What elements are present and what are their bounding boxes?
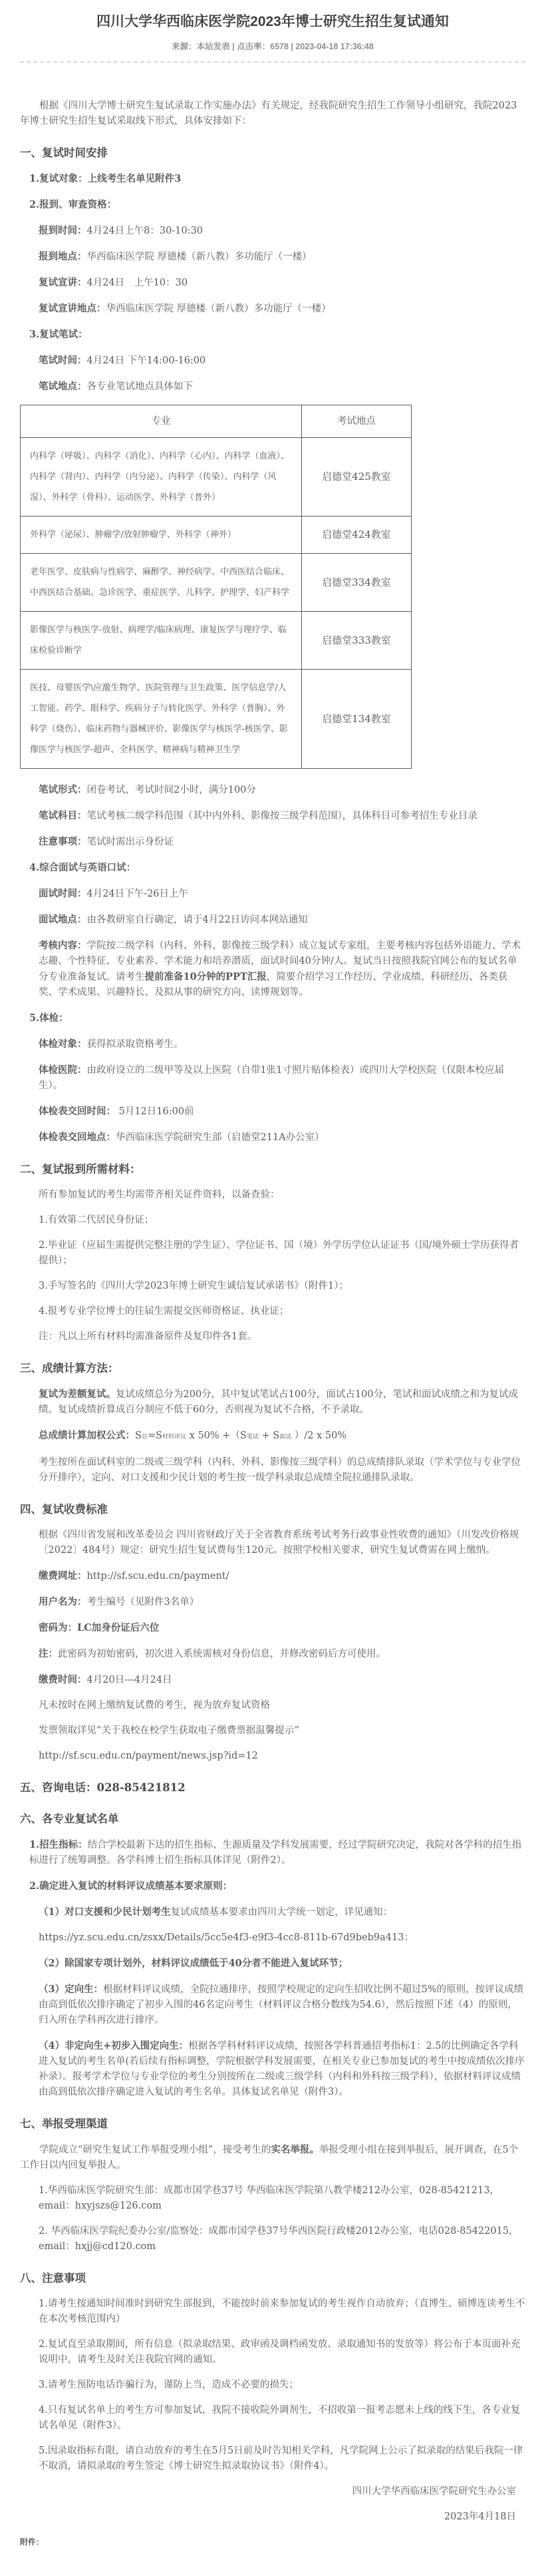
text-run: 四、复试收费标准 xyxy=(20,1503,108,1516)
text-run: （4）非定向生+初步入围定向生： xyxy=(39,2040,188,2051)
notice-page: 四川大学华西临床医学院2023年博士研究生招生复试通知 来源：本站发表 | 点击… xyxy=(0,0,540,2576)
text-run: 复试成绩基本要求由四川大学统一划定，详见通知： xyxy=(171,1907,393,1918)
doc-paragraph: 笔试地点：各专业笔试地点具体如下 xyxy=(20,379,525,395)
doc-paragraph: 1.复试对象：上线考生名单见附件3 xyxy=(20,171,525,187)
text-run: 5.体检： xyxy=(29,1012,68,1024)
text-run: 笔试时间： xyxy=(39,355,87,366)
doc-paragraph: （1）对口支援和少民计划考生复试成绩基本要求由四川大学统一划定，详见通知： xyxy=(20,1904,525,1920)
text-run: ； xyxy=(404,1932,414,1943)
doc-paragraph: 凡未按时在网上缴纳复试费的考生，视为放弃复试资格 xyxy=(20,1698,525,1713)
doc-paragraph: （3）定向生：根据材料评议成绩，全院拉通排序，按照学校规定的定向生招收比例不超过… xyxy=(20,1982,525,2028)
doc-paragraph: 1.请考生按通知时间准时到研究生部报到，不能按时前来参加复试的考生视作自动放弃；… xyxy=(20,2296,525,2327)
doc-paragraph: https://yz.scu.edu.cn/zsxx/Details/5cc5e… xyxy=(20,1930,525,1946)
text-run: http://sf.scu.edu.cn/payment/news.jsp?id… xyxy=(39,1751,258,1761)
text-run: 华西临床医学院研究生部（启德堂211A办公室） xyxy=(116,1132,325,1143)
text-run: 考核内容： xyxy=(39,940,87,951)
text-run: 4.只有复试名单上的考生方可参加复试，我院不接收院外调剂生，不招收第一报考志愿未… xyxy=(39,2405,520,2431)
text-run: 由各教研室自行确定，请于4月22日访问本网站通知 xyxy=(87,915,308,925)
doc-paragraph: 根据《四川大学博士研究生复试录取工作实施办法》有关规定，经我院研究生招生工作领导… xyxy=(20,99,525,129)
table-row: 医技、母婴医学\应激生物学、医院管理与卫生政策、医学信息学/人工智能、药学、眼科… xyxy=(21,670,412,769)
doc-paragraph: 发票领取详见“关于我校在校学生获取电子缴费票据温馨提示” xyxy=(20,1723,525,1739)
text-run: 4月24日 上午10：30 xyxy=(87,278,188,288)
text-run: 2. 华西临床医学院纪委办公室/监察处：成都市国学巷37号华西医院行政楼2012… xyxy=(39,2226,519,2252)
doc-paragraph: 2.报到、审查资格： xyxy=(20,197,525,213)
text-run: 1.招生指标： xyxy=(29,1839,88,1850)
table-row: 内科学（呼吸）、内科学（消化）、内科学（心内）、内科学（血液）、内科学（肾内）、… xyxy=(21,438,412,517)
exam-location-table: 专业考试地点内科学（呼吸）、内科学（消化）、内科学（心内）、内科学（血液）、内科… xyxy=(20,405,412,769)
text-run: 3.请考生预防电话诈骗行为，谨防上当，造成不必要的损失； xyxy=(39,2380,299,2390)
text-run: 材料评议 xyxy=(162,1434,186,1440)
text-run: 华西临床医学院 厚德楼（新八教）多功能厅（一楼） xyxy=(87,252,312,262)
text-run: 笔试科目： xyxy=(39,810,87,821)
doc-paragraph: 5.体检： xyxy=(20,1010,525,1026)
doc-paragraph: 2.复试直至录取期间，所有信息（拟录取结果、政审函及调档函发放、录取通知书的发放… xyxy=(20,2337,525,2368)
text-run: 闭卷考试，考试时间2小时，满分100分 xyxy=(87,785,256,795)
text-run: 八、注意事项 xyxy=(20,2272,86,2284)
text-run: https://yz.scu.edu.cn/zsxx/Details/5cc5e… xyxy=(39,1932,404,1943)
doc-paragraph: 1.招生指标：结合学校最新下达的招生指标、生源质量及学科发展需要，经过学院研究决… xyxy=(20,1837,525,1868)
text-run: 注：凡以上所有材料均需准备原件及复印件各1套。 xyxy=(39,1331,257,1342)
text-run: 提前准备10分钟的PPT汇报 xyxy=(145,971,267,982)
text-run: http://sf.scu.edu.cn/payment/ xyxy=(87,1571,229,1582)
doc-paragraph: 体检对象：获得拟录取资格考生。 xyxy=(20,1036,525,1052)
text-run: 注意事项： xyxy=(39,836,87,847)
exam-room-cell: 启德堂425教室 xyxy=(302,438,412,517)
text-run: 2.报到、审查资格： xyxy=(29,199,116,210)
text-run: 2.毕业证（应届生需提供完整注册的学生证）、学位证书、国（境）外学历学位认证证书… xyxy=(39,1240,519,1266)
text-run: 报到地点： xyxy=(39,251,87,262)
text-run: 面试 xyxy=(279,1434,291,1440)
text-run: 发票领取详见“关于我校在校学生获取电子缴费票据温馨提示” xyxy=(39,1725,299,1736)
text-run: 实名举报。 xyxy=(271,2144,319,2155)
table-row: 老年医学、皮肤病与性病学、麻醉学、神经病学、中西医结合临床、中西医结合基础、急诊… xyxy=(21,554,412,612)
doc-paragraph: 3.复试笔试： xyxy=(20,327,525,343)
doc-paragraph: 1.有效第二代居民身份证； xyxy=(20,1213,525,1228)
text-run: 1.复试对象：上线考生名单见附件3 xyxy=(29,173,181,184)
doc-paragraph: 4.综合面试与英语口试： xyxy=(20,860,525,876)
text-run: 根据《四川大学博士研究生复试录取工作实施办法》有关规定，经我院研究生招生工作领导… xyxy=(20,101,517,126)
doc-paragraph: 总成绩计算加权公式：S总=S材料评议 x 50% +（S笔试 + S面试 ）/2… xyxy=(20,1428,525,1445)
doc-paragraph: 学院成立“研究生复试工作举报受理小组”，接受考生的实名举报。举报受理小组在接到举… xyxy=(20,2142,525,2173)
text-run: 笔试考核二级学科范围（其中内外科、影像按三级学科范围），具体科目可参考招生专业目… xyxy=(87,811,477,821)
text-run: 4月24日上午8：30-10:30 xyxy=(87,226,203,236)
text-run: ）/2 x 50% xyxy=(291,1430,346,1441)
doc-paragraph: 报到时间：4月24日上午8：30-10:30 xyxy=(20,223,525,239)
document-body: 根据《四川大学博士研究生复试录取工作实施办法》有关规定，经我院研究生招生工作领导… xyxy=(20,63,525,2550)
exam-room-cell: 启德堂334教室 xyxy=(302,554,412,612)
text-run: 笔试形式： xyxy=(39,784,87,795)
section-heading: 三、成绩计算方法： xyxy=(20,1361,525,1376)
table-header-row: 专业考试地点 xyxy=(21,405,412,438)
exam-room-cell: 启德堂333教室 xyxy=(302,612,412,670)
doc-paragraph: 用户名为：考生编号（见附件3名单） xyxy=(20,1594,525,1610)
text-run: 学院成立“研究生复试工作举报受理小组”，接受考生的 xyxy=(39,2145,271,2155)
section-heading: 一、复试时间安排 xyxy=(20,145,525,160)
text-run: 密码为：LC加身份证后六位 xyxy=(39,1622,159,1633)
text-run: 4月24日 下午14:00-16:00 xyxy=(87,355,206,366)
section-heading: 二、复试报到所需材料： xyxy=(20,1162,525,1177)
doc-paragraph: 2.毕业证（应届生需提供完整注册的学生证）、学位证书、国（境）外学历学位认证证书… xyxy=(20,1238,525,1269)
text-run: 2.确定进入复试的材料评议成绩基本要求原则： xyxy=(29,1880,232,1892)
text-run: （1）对口支援和少民计划考生 xyxy=(39,1906,171,1918)
text-run: 此密码为初始密码，初次进入系统需核对身份信息，并修改密码后方可使用。 xyxy=(58,1649,386,1659)
text-run: 面试地点： xyxy=(39,914,87,925)
text-run: 3.手写签名的《四川大学2023年博士研究生诚信复试承诺书》（附件1）； xyxy=(39,1281,348,1291)
text-run: 复试宣讲地点： xyxy=(39,303,106,314)
table-header-cell: 专业 xyxy=(21,405,302,438)
doc-paragraph: 密码为：LC加身份证后六位 xyxy=(20,1620,525,1636)
doc-paragraph: 面试时间：4月24日下午-26日上午 xyxy=(20,886,525,902)
text-run: 2.复试直至录取期间，所有信息（拟录取结果、政审函及调档函发放、录取通知书的发放… xyxy=(39,2339,520,2365)
doc-paragraph: 报到地点：华西临床医学院 厚德楼（新八教）多功能厅（一楼） xyxy=(20,249,525,265)
text-run: 一、复试时间安排 xyxy=(20,146,108,159)
doc-paragraph: 考核内容：学院按二级学科（内科、外科、影像按三级学科）成立复试专家组，主要考核内… xyxy=(20,938,525,1000)
exam-room-cell: 启德堂134教室 xyxy=(302,670,412,769)
text-run: 笔试 xyxy=(247,1434,259,1440)
section-heading: 七、举报受理渠道 xyxy=(20,2116,525,2131)
section-heading: 四、复试收费标准 xyxy=(20,1502,525,1517)
text-run: 体检对象： xyxy=(39,1038,87,1050)
text-run: 总成绩计算加权公式： xyxy=(39,1430,135,1441)
text-run: + S xyxy=(259,1430,279,1441)
source-meta-line: 来源：本站发表 | 点击率：6578 | 2023-04-18 17:36:48 xyxy=(20,40,525,52)
text-run: 所有参加复试的考生均需带齐相关证件资料，以备查验： xyxy=(39,1189,280,1200)
text-run: 七、举报受理渠道 xyxy=(20,2117,108,2130)
doc-paragraph: 面试地点：由各教研室自行确定，请于4月22日访问本网站通知 xyxy=(20,912,525,928)
text-run: 笔试时需出示身份证 xyxy=(87,837,174,847)
doc-paragraph: 体检医院：由政府设立的二级甲等及以上医院（自带1张1寸照片贴体检表）或四川大学校… xyxy=(20,1062,525,1094)
doc-paragraph: 注意事项：笔试时需出示身份证 xyxy=(20,834,525,850)
doc-paragraph: 所有参加复试的考生均需带齐相关证件资料，以备查验： xyxy=(20,1187,525,1203)
doc-paragraph: 1.华西临床医学院研究生部：成都市国学巷37号 华西临床医学院第八教学楼212办… xyxy=(20,2183,525,2214)
text-run: 5月12日16:00前 xyxy=(116,1106,194,1117)
doc-paragraph: 体检表交回地点：华西临床医学院研究生部（启德堂211A办公室） xyxy=(20,1130,525,1146)
doc-paragraph: 5.因录取指标有限，请自动放弃的考生在5月5日前及时告知相关学科，凡学院网上公示… xyxy=(20,2444,525,2474)
text-run: 复试为差额复试。 xyxy=(39,1389,116,1400)
doc-paragraph: 2023年4月18日 xyxy=(20,2509,525,2525)
doc-paragraph: http://sf.scu.edu.cn/payment/news.jsp?id… xyxy=(20,1749,525,1764)
text-run: 4月24日下午-26日上午 xyxy=(87,889,189,899)
major-cell: 内科学（呼吸）、内科学（消化）、内科学（心内）、内科学（血液）、内科学（肾内）、… xyxy=(21,438,302,517)
text-run: 体检表交回时间： xyxy=(39,1106,116,1117)
doc-paragraph: 缴费时间：4月20日---4月24日 xyxy=(20,1672,525,1688)
table-row: 外科学（泌尿）、肿瘤学/放射肿瘤学、外科学（神外）启德堂424教室 xyxy=(21,517,412,554)
text-run: 5.因录取指标有限，请自动放弃的考生在5月5日前及时告知相关学科，凡学院网上公示… xyxy=(39,2446,523,2471)
text-run: 4月20日---4月24日 xyxy=(87,1675,172,1685)
doc-paragraph: （4）非定向生+初步入围定向生：根据各学科材料评议成绩，按照各学科普通招考指标1… xyxy=(20,2038,525,2100)
text-run: 考生编号（见附件3名单） xyxy=(87,1597,200,1608)
section-heading: 六、各专业复试名单 xyxy=(20,1811,525,1826)
text-run: 体检医院： xyxy=(39,1064,87,1076)
text-run: 凡未按时在网上缴纳复试费的考生，视为放弃复试资格 xyxy=(39,1700,270,1711)
text-run: 各专业笔试地点具体如下 xyxy=(87,381,194,392)
doc-paragraph: 笔试时间：4月24日 下午14:00-16:00 xyxy=(20,353,525,369)
text-run: 体检表交回地点： xyxy=(39,1132,116,1143)
text-run: （2）除国家专项计划外，材料评议成绩低于40分者不能进入复试环节； xyxy=(39,1958,348,1969)
text-run: 三、成绩计算方法： xyxy=(20,1362,119,1375)
text-run: =S xyxy=(148,1430,162,1441)
text-run: 报到时间： xyxy=(39,225,87,236)
text-run: 四川大学华西临床医学院研究生办公室 xyxy=(352,2486,517,2497)
doc-paragraph: 复试宣讲：4月24日 上午10：30 xyxy=(20,275,525,291)
text-run: 根据材料评议成绩，全院拉通排序，按照学校规定的定向生招收比例不超过5%的原则，按… xyxy=(39,1984,523,2026)
exam-room-cell: 启德堂424教室 xyxy=(302,517,412,554)
doc-paragraph: 4.只有复试名单上的考生方可参加复试，我院不接收院外调剂生，不招收第一报考志愿未… xyxy=(20,2403,525,2434)
doc-paragraph: 笔试形式：闭卷考试，考试时间2小时，满分100分 xyxy=(20,782,525,798)
doc-paragraph: 体检表交回时间： 5月12日16:00前 xyxy=(20,1104,525,1120)
text-run: 4.报考专业学位博士的往届生需提交医师资格证、执业证； xyxy=(39,1306,289,1317)
text-run: 缴费网址： xyxy=(39,1570,87,1582)
doc-paragraph: 缴费网址：http://sf.scu.edu.cn/payment/ xyxy=(20,1568,525,1584)
doc-paragraph: 注：凡以上所有材料均需准备原件及复印件各1套。 xyxy=(20,1329,525,1345)
doc-paragraph: 4.报考专业学位博士的往届生需提交医师资格证、执业证； xyxy=(20,1304,525,1319)
text-run: 根据《四川省发展和改革委员会 四川省财政厅关于全省教育系统考试考务行政事业性收费… xyxy=(39,1530,519,1556)
doc-paragraph: 3.请考生预防电话诈骗行为，谨防上当，造成不必要的损失； xyxy=(20,2378,525,2393)
section-heading: 五、咨询电话：028-85421812 xyxy=(20,1780,525,1795)
text-run: 注： xyxy=(39,1648,58,1659)
text-run: 获得拟录取资格考生。 xyxy=(87,1039,184,1050)
text-run: 六、各专业复试名单 xyxy=(20,1813,119,1825)
text-run: 笔试地点： xyxy=(39,381,87,392)
text-run: 五、咨询电话：028-85421812 xyxy=(20,1781,186,1794)
text-run: 面试时间： xyxy=(39,888,87,899)
doc-paragraph: 四川大学华西临床医学院研究生办公室 xyxy=(20,2484,525,2499)
text-run: 1.有效第二代居民身份证； xyxy=(39,1215,154,1225)
doc-paragraph: 注：此密码为初始密码，初次进入系统需核对身份信息，并修改密码后方可使用。 xyxy=(20,1646,525,1662)
text-run: 附件： xyxy=(20,2537,44,2547)
text-run: 3.复试笔试： xyxy=(29,329,88,340)
text-run: 4.综合面试与英语口试： xyxy=(29,862,136,873)
major-cell: 老年医学、皮肤病与性病学、麻醉学、神经病学、中西医结合临床、中西医结合基础、急诊… xyxy=(21,554,302,612)
doc-paragraph: （2）除国家专项计划外，材料评议成绩低于40分者不能进入复试环节； xyxy=(20,1956,525,1972)
doc-paragraph: 根据《四川省发展和改革委员会 四川省财政厅关于全省教育系统考试考务行政事业性收费… xyxy=(20,1528,525,1558)
doc-paragraph: 考生按所在面试科室的二级或三级学科（内科、外科、影像按三级学科）的总成绩排队录取… xyxy=(20,1455,525,1486)
major-cell: 外科学（泌尿）、肿瘤学/放射肿瘤学、外科学（神外） xyxy=(21,517,302,554)
major-cell: 医技、母婴医学\应激生物学、医院管理与卫生政策、医学信息学/人工智能、药学、眼科… xyxy=(21,670,302,769)
text-run: 复试宣讲： xyxy=(39,277,87,288)
page-title: 四川大学华西临床医学院2023年博士研究生招生复试通知 xyxy=(20,11,525,31)
doc-paragraph: 笔试科目：笔试考核二级学科范围（其中内外科、影像按三级学科范围），具体科目可参考… xyxy=(20,808,525,824)
text-run: （3）定向生： xyxy=(39,1984,103,1995)
table-header-cell: 考试地点 xyxy=(302,405,412,438)
major-cell: 影像医学与核医学-放射、病理学/临床病理、康复医学与理疗学、临床检验诊断学 xyxy=(21,612,302,670)
table-row: 影像医学与核医学-放射、病理学/临床病理、康复医学与理疗学、临床检验诊断学启德堂… xyxy=(21,612,412,670)
text-run: 1.请考生按通知时间准时到研究生部报到，不能按时前来参加复试的考生视作自动放弃；… xyxy=(39,2298,525,2324)
text-run: 考生按所在面试科室的二级或三级学科（内科、外科、影像按三级学科）的总成绩排队录取… xyxy=(39,1457,521,1483)
text-run: 二、复试报到所需材料： xyxy=(20,1163,141,1176)
text-run: 华西临床医学院 厚德楼（新八教）多功能厅（一楼） xyxy=(106,304,331,314)
doc-paragraph: 2.确定进入复试的材料评议成绩基本要求原则： xyxy=(20,1878,525,1894)
text-run: x 50% +（S xyxy=(186,1430,247,1441)
doc-paragraph: 附件： xyxy=(20,2535,525,2550)
section-heading: 八、注意事项 xyxy=(20,2270,525,2286)
text-run: 总 xyxy=(142,1434,148,1440)
text-run: 用户名为： xyxy=(39,1596,87,1608)
text-run: 结合学校最新下达的招生指标、生源质量及学科发展需要，经过学院研究决定，我院对各学… xyxy=(29,1840,521,1866)
text-run: S xyxy=(135,1430,142,1441)
doc-paragraph: 3.手写签名的《四川大学2023年博士研究生诚信复试承诺书》（附件1）； xyxy=(20,1279,525,1294)
text-run: 缴费时间： xyxy=(39,1674,87,1685)
text-run: 1.华西临床医学院研究生部：成都市国学巷37号 华西临床医学院第八教学楼212办… xyxy=(39,2185,499,2211)
doc-paragraph: 2. 华西临床医学院纪委办公室/监察处：成都市国学巷37号华西医院行政楼2012… xyxy=(20,2224,525,2254)
doc-paragraph: 复试为差额复试。复试成绩总分为200分，其中复试笔试占100分，面试占100分，… xyxy=(20,1387,525,1418)
text-run: 2023年4月18日 xyxy=(444,2511,516,2522)
text-run: 由政府设立的二级甲等及以上医院（自带1张1寸照片贴体检表）或四川大学校医院（仅限… xyxy=(39,1065,504,1091)
doc-paragraph: 复试宣讲地点：华西临床医学院 厚德楼（新八教）多功能厅（一楼） xyxy=(20,301,525,317)
